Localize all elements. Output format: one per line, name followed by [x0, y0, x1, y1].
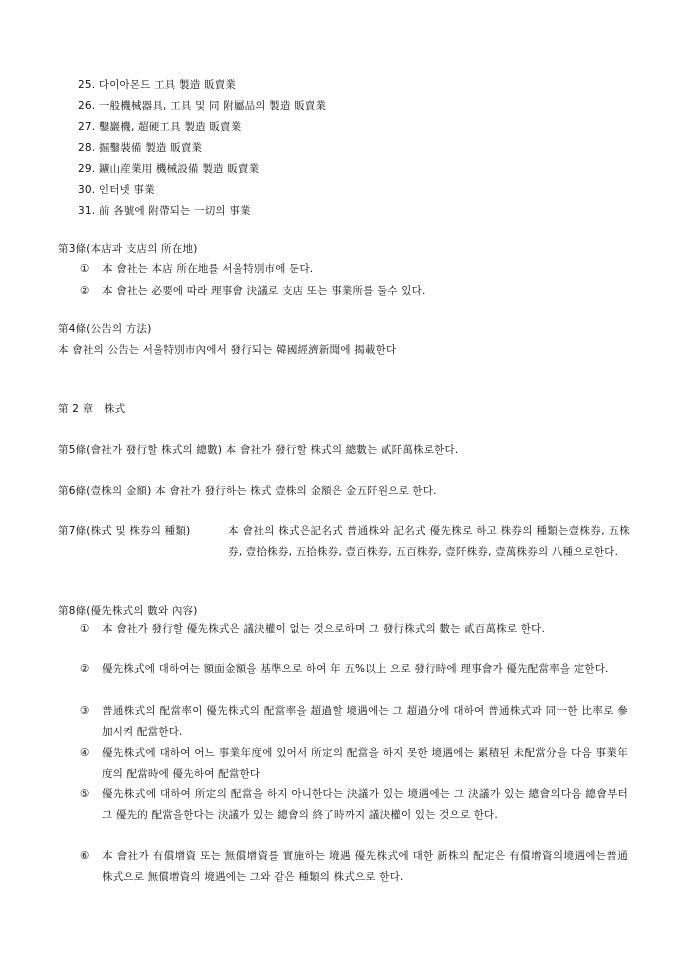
- item-marker: ⑤: [80, 784, 90, 805]
- document-page: 25. 다이아몬드 工具 製造 販賣業 26. 一般機械器具, 工具 및 同 附…: [0, 0, 680, 962]
- article-item: ④ 優先株式에 대하여 어느 事業年度에 있어서 所定의 配當을 하지 못한 境…: [80, 743, 628, 784]
- article-item: ③ 普通株式의 配當率이 優先株式의 配當率을 超過할 境遇에는 그 超過分에 …: [80, 701, 628, 742]
- article-title: 第4條(公告의 方法): [58, 322, 152, 336]
- item-marker: ①: [80, 619, 90, 640]
- item-text: 優先株式에 대하여는 額面金額을 基準으로 하여 年 五%以上 으로 發行時에 …: [80, 659, 628, 680]
- article-6: 第6條(壹株의 金額) 本 會社가 發行하는 株式 壹株의 金額은 金五阡원으로…: [58, 484, 437, 498]
- item-marker: ④: [80, 743, 90, 764]
- item-text: 本 會社는 本店 所在地를 서울特別市에 둔다.: [80, 259, 628, 280]
- item-marker: ⑥: [80, 846, 90, 867]
- article-5: 第5條(會社가 發行할 株式의 總數) 本 會社가 發行할 株式의 總數는 貳阡…: [58, 443, 458, 457]
- list-item: 25. 다이아몬드 工具 製造 販賣業: [78, 78, 236, 92]
- item-text: 普通株式의 配當率이 優先株式의 配當率을 超過할 境遇에는 그 超過分에 대하…: [80, 701, 628, 742]
- item-marker: ②: [80, 659, 90, 680]
- list-item: 27. 鑿巖機, 超硬工具 製造 販賣業: [78, 120, 241, 134]
- item-marker: ③: [80, 701, 90, 722]
- item-marker: ②: [80, 281, 90, 302]
- item-text: 本 會社가 有償增資 또는 無償增資를 實施하는 境遇 優先株式에 대한 新株의…: [80, 846, 628, 887]
- article-title: 第8條(優先株式의 數와 內容): [58, 604, 198, 618]
- article-title: 第3條(本店과 支店의 所在地): [58, 242, 198, 256]
- list-item: 31. 前 各號에 附帶되는 一切의 事業: [78, 204, 251, 218]
- list-item: 28. 掘鑿裝備 製造 販賣業: [78, 141, 202, 155]
- list-item: 26. 一般機械器具, 工具 및 同 附屬品의 製造 販賣業: [78, 99, 326, 113]
- article-item: ⑤ 優先株式에 대하여 所定의 配當을 하지 아니한다는 決議가 있는 境遇에는…: [80, 784, 628, 825]
- article-item: ① 本 會社는 本店 所在地를 서울特別市에 둔다.: [80, 259, 628, 280]
- item-marker: ①: [80, 259, 90, 280]
- item-text: 優先株式에 대하여 어느 事業年度에 있어서 所定의 配當을 하지 못한 境遇에…: [80, 743, 628, 784]
- list-item: 30. 인터넷 事業: [78, 183, 155, 197]
- item-text: 優先株式에 대하여 所定의 配當을 하지 아니한다는 決議가 있는 境遇에는 그…: [80, 784, 628, 825]
- article-text: 本 會社의 公告는 서울特別市內에서 發行되는 韓國經濟新聞에 揭載한다: [58, 343, 396, 357]
- item-text: 本 會社가 發行할 優先株式은 議決權이 없는 것으로하며 그 發行株式의 數는…: [80, 619, 628, 640]
- item-text: 本 會社는 必要에 따라 理事會 決議로 支店 또는 事業所를 둘수 있다.: [80, 281, 628, 302]
- chapter-title: 第 2 章 株式: [58, 402, 125, 416]
- article-title: 第7條(株式 및 株券의 種類): [58, 521, 190, 542]
- article-item: ② 本 會社는 必要에 따라 理事會 決議로 支店 또는 事業所를 둘수 있다.: [80, 281, 628, 302]
- list-item: 29. 鑛山産業用 機械設備 製造 販賣業: [78, 162, 259, 176]
- article-item: ⑥ 本 會社가 有償增資 또는 無償增資를 實施하는 境遇 優先株式에 대한 新…: [80, 846, 628, 887]
- article-item: ① 本 會社가 發行할 優先株式은 議決權이 없는 것으로하며 그 發行株式의 …: [80, 619, 628, 640]
- article-item: ② 優先株式에 대하여는 額面金額을 基準으로 하여 年 五%以上 으로 發行時…: [80, 659, 628, 680]
- article-7: 第7條(株式 및 株券의 種類) 本 會社의 株式은記名式 普通株와 記名式 優…: [58, 521, 630, 562]
